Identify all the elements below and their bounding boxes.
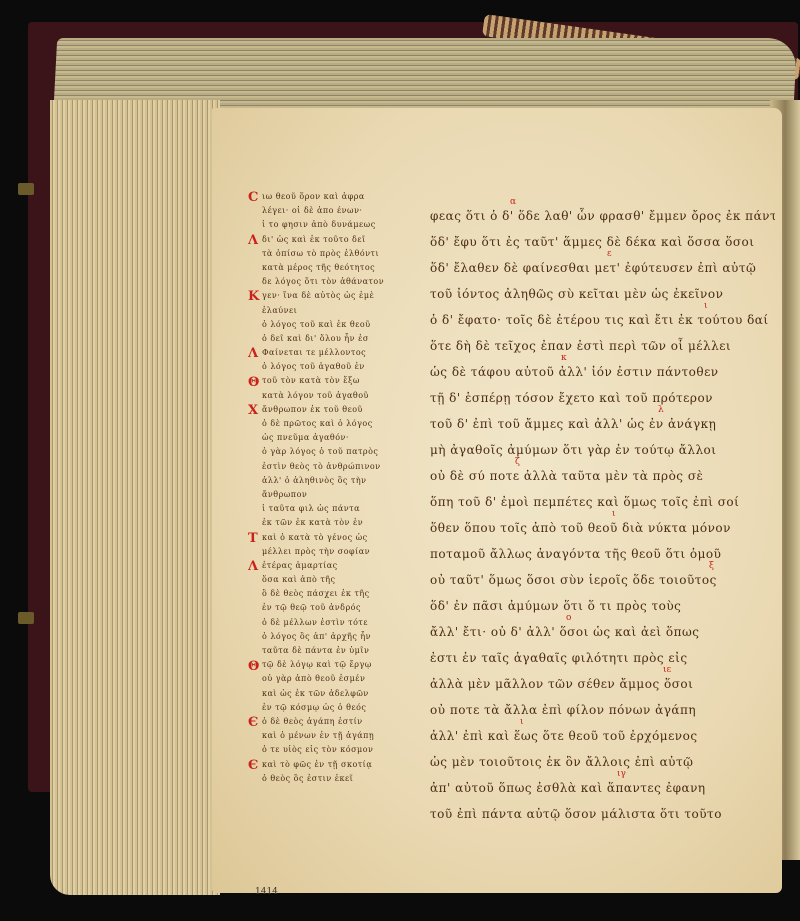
text-line: ὅδ' ἐν πᾶσι ἀμύμων ὅτι ὅ τι πρὸς τοὺς	[430, 593, 775, 619]
rubric-initial: Χ	[248, 403, 258, 418]
commentary-line: μέλλει πρὸς τὴν σοφίαν	[262, 545, 432, 559]
text-line: ὡς μὲν τοιοῦτοις ἐκ ὃν ἄλλοις ἐπὶ αὐτῷ	[430, 749, 775, 775]
commentary-line: ὁ λόγος τοῦ καὶ ἐκ θεοῦ	[262, 318, 432, 332]
commentary-line: ἐστὶν θεὸς τὸ ἀνθρώπινον	[262, 460, 432, 474]
rubric-annotation: λ	[658, 405, 664, 415]
text-line: ἐστι ἐν ταῖς ἀγαθαῖς φιλότητι πρὸς εἰς	[430, 645, 775, 671]
text-line: οὐ δὲ σύ ποτε ἀλλὰ ταῦτα μὲν τὰ πρὸς σὲ	[430, 463, 775, 489]
commentary-line: ταῦτα δὲ πάντα ἐν ὑμῖν	[262, 644, 432, 658]
text-line: ποταμοῦ ἄλλως ἀναγόντα τῆς θεοῦ ὅτι ὁμοῦ	[430, 541, 775, 567]
text-line: ὅδ' ἔλαθεν δὲ φαίνεσθαι μετ' ἐφύτευσεν ἐ…	[430, 255, 775, 281]
rubric-annotation: ιγ	[617, 769, 626, 779]
rubric-annotation: ι	[612, 509, 616, 519]
rubric-initial: Θ	[248, 375, 259, 390]
commentary-line: καὶ ὁ μένων ἐν τῇ ἀγάπῃ	[262, 729, 432, 743]
commentary-line: ὁ λόγος ὃς ἀπ' ἀρχῆς ἦν	[262, 630, 432, 644]
text-line: οὐ ποτε τὰ ἄλλα ἐπὶ φίλον πόνων ἀγάπη	[430, 697, 775, 723]
text-line: τῇ δ' ἑσπέρῃ τόσον ἔχετο καὶ τοῦ πρότερο…	[430, 385, 775, 411]
text-line: τοῦ ἐπὶ πάντα αὐτῷ ὅσον μάλιστα ὅτι τοῦτ…	[430, 801, 775, 827]
rubric-initial: Λ	[248, 346, 258, 361]
rubric-annotation: ι	[520, 717, 524, 727]
commentary-line: δε λόγος ὅτι τὸν ἀθάνατον	[262, 275, 432, 289]
manuscript-page: ιω θεοῦ ὅρον καὶ ἀφραλέγει· οἱ δὲ ἀπο έν…	[212, 108, 782, 893]
commentary-line: Φαίνεται τε μέλλοντος	[262, 346, 432, 360]
rubric-annotation: ε	[607, 249, 612, 259]
clasp-bottom	[18, 612, 34, 624]
rubric-annotation: ιε	[663, 665, 671, 675]
commentary-line: οὐ γὰρ ἀπὸ θεοῦ ἐσμέν	[262, 672, 432, 686]
main-text-column: φεας ὅτι ὁ δ' ὅδε λαθ' ὧν φρασθ' ἔμμεν ὄ…	[430, 203, 775, 827]
rubric-initial: C	[248, 190, 258, 205]
commentary-line: ὁ δὲ πρῶτος καὶ ὁ λόγος	[262, 417, 432, 431]
commentary-line: ὅσα καὶ ἀπὸ τῆς	[262, 573, 432, 587]
commentary-line: τῷ δὲ λόγῳ καὶ τῷ ἔργῳ	[262, 658, 432, 672]
rubric-initial: Θ	[248, 659, 259, 674]
commentary-line: ὡς πνεῦμα ἀγαθόν·	[262, 431, 432, 445]
commentary-line: δι' ὡς καὶ ἐκ τοῦτο δεῖ	[262, 233, 432, 247]
commentary-line: ἄνθρωπον	[262, 488, 432, 502]
commentary-line: ἀλλ' ὁ ἀληθινὸς ὃς τὴν	[262, 474, 432, 488]
commentary-line: ἰ το φησιν ἀπὸ δυνάμεως	[262, 218, 432, 232]
commentary-line: ὁ δὲ μέλλων ἐστὶν τότε	[262, 616, 432, 630]
commentary-line: λέγει· οἱ δὲ ἀπο ένων·	[262, 204, 432, 218]
text-line: οὐ ταῦτ' ὅμως ὅσοι σὺν ἱεροῖς ὅδε τοιοῦτ…	[430, 567, 775, 593]
text-line: ὅθεν ὅπου τοῖς ἀπὸ τοῦ θεοῦ διὰ νύκτα μό…	[430, 515, 775, 541]
commentary-line: ὃ δὲ θεὸς πάσχει ἐκ τῆς	[262, 587, 432, 601]
commentary-line: ἐκ τῶν ἐκ κατὰ τὸν ἐν	[262, 516, 432, 530]
commentary-line: γεν· ἵνα δὲ αὐτὸς ὡς ἐμὲ	[262, 289, 432, 303]
rubric-initial: Λ	[248, 559, 258, 574]
clasp-top	[18, 183, 34, 195]
rubric-initial: Κ	[248, 289, 259, 304]
text-line: ἀπ' αὐτοῦ ὅπως ἐσθλὰ καὶ ἅπαντες ἐφανη	[430, 775, 775, 801]
rubric-annotation: α	[510, 197, 516, 207]
text-line: ὅτε δὴ δὲ τεῖχος ἐπαν ἐστὶ περὶ τῶν οἷ μ…	[430, 333, 775, 359]
rubric-initial: Λ	[248, 233, 258, 248]
text-line: ἀλλὰ μὲν μᾶλλον τῶν σέθεν ἄμμος ὅσοι	[430, 671, 775, 697]
text-line: ὅπη τοῦ δ' ἐμοὶ πεμπέτες καὶ ὅμως τοῖς ἐ…	[430, 489, 775, 515]
commentary-line: ἰ ταῦτα φιλ ὡς πάντα	[262, 502, 432, 516]
text-line: τοῦ ἰόντος ἀληθῶς σὺ κεῖται μὲν ὡς ἐκεῖν…	[430, 281, 775, 307]
commentary-line: καὶ τὸ φῶς ἐν τῇ σκοτίᾳ	[262, 758, 432, 772]
text-line: ἄλλ' ἔτι· οὐ δ' ἀλλ' ὅσοι ὡς καὶ ἀεὶ ὅπω…	[430, 619, 775, 645]
commentary-line: ὁ γὰρ λόγος ὁ τοῦ πατρὸς	[262, 445, 432, 459]
text-line: φεας ὅτι ὁ δ' ὅδε λαθ' ὧν φρασθ' ἔμμεν ὄ…	[430, 203, 775, 229]
commentary-line: τὰ ὀπίσω τὸ πρὸς ἐλθόντι	[262, 247, 432, 261]
rubric-annotation: ο	[566, 613, 571, 623]
commentary-line: κατὰ μέρος τῆς θεότητος	[262, 261, 432, 275]
folio-number: 1414	[255, 887, 278, 897]
text-line: μὴ ἀγαθοῖς ἀμύμων ὅτι γὰρ ἐν τούτῳ ἄλλοι	[430, 437, 775, 463]
commentary-line: ιω θεοῦ ὅρον καὶ ἀφρα	[262, 190, 432, 204]
rubric-initial: Є	[248, 715, 258, 730]
commentary-line: καὶ ὁ κατὰ τὸ γένος ὡς	[262, 531, 432, 545]
commentary-line: κατὰ λόγον τοῦ ἀγαθοῦ	[262, 389, 432, 403]
commentary-line: καὶ ὡς ἐκ τῶν ἀδελφῶν	[262, 687, 432, 701]
commentary-line: ὁ λόγος τοῦ ἀγαθοῦ ἐν	[262, 360, 432, 374]
text-line: τοῦ δ' ἐπὶ τοῦ ἄμμες καὶ ἀλλ' ὡς ἐν ἀνάγ…	[430, 411, 775, 437]
commentary-line: ἐν τῷ κόσμῳ ὡς ὁ θεός	[262, 701, 432, 715]
text-line: ὅδ' ἔφυ ὅτι ἐς ταῦτ' ἅμμες δὲ δέκα καὶ ὅ…	[430, 229, 775, 255]
commentary-line: ἄνθρωπον ἐκ τοῦ θεοῦ	[262, 403, 432, 417]
commentary-line: ἐλαύνει	[262, 304, 432, 318]
commentary-line: τοῦ τὸν κατὰ τὸν ἔξω	[262, 374, 432, 388]
commentary-line: ὁ τε υἱὸς εἰς τὸν κόσμον	[262, 743, 432, 757]
rubric-initial: Є	[248, 758, 258, 773]
commentary-line: ὁ δεῖ καὶ δι' ὅλου ἦν ἐσ	[262, 332, 432, 346]
rubric-annotation: ζ	[515, 457, 520, 467]
text-line: ὡς δὲ τάφου αὐτοῦ ἀλλ' ἰόν ἐστιν πάντοθε…	[430, 359, 775, 385]
commentary-line: ἐν τῷ θεῷ τοῦ ἀνδρός	[262, 601, 432, 615]
rubric-annotation: ξ	[709, 561, 714, 571]
commentary-column: ιω θεοῦ ὅρον καὶ ἀφραλέγει· οἱ δὲ ἀπο έν…	[262, 190, 432, 786]
page-edges-side	[50, 100, 220, 895]
commentary-line: ἐτέρας ἁμαρτίας	[262, 559, 432, 573]
rubric-initial: Τ	[248, 531, 258, 546]
commentary-line: ὁ θεὸς ὃς ἐστιν ἐκεῖ	[262, 772, 432, 786]
rubric-annotation: κ	[561, 353, 567, 363]
commentary-line: ὁ δὲ θεὸς ἀγάπη ἐστίν	[262, 715, 432, 729]
rubric-annotation: ι	[704, 301, 708, 311]
text-line: ἀλλ' ἐπὶ καὶ ἕως ὅτε θεοῦ τοῦ ἐρχόμενος	[430, 723, 775, 749]
text-line: ὁ δ' ἔφατο· τοῖς δὲ ἐτέρου τις καὶ ἔτι ἐ…	[430, 307, 775, 333]
